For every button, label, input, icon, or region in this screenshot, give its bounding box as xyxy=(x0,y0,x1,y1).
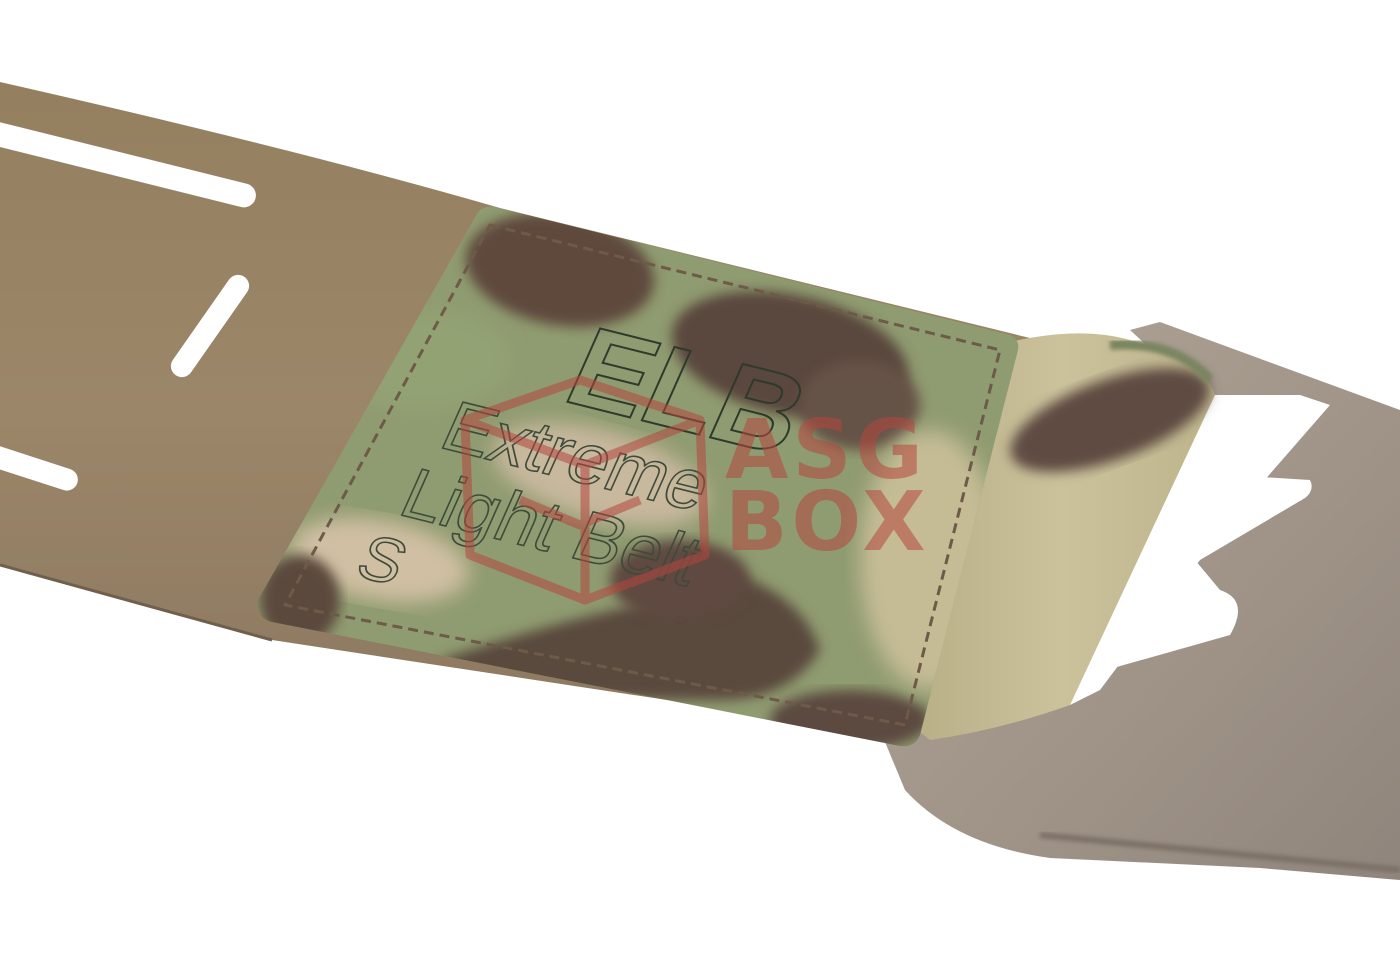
product-photo: ELB Extreme Light Belt S ASG BOX xyxy=(0,0,1400,980)
watermark-line-2: BOX xyxy=(725,475,930,570)
